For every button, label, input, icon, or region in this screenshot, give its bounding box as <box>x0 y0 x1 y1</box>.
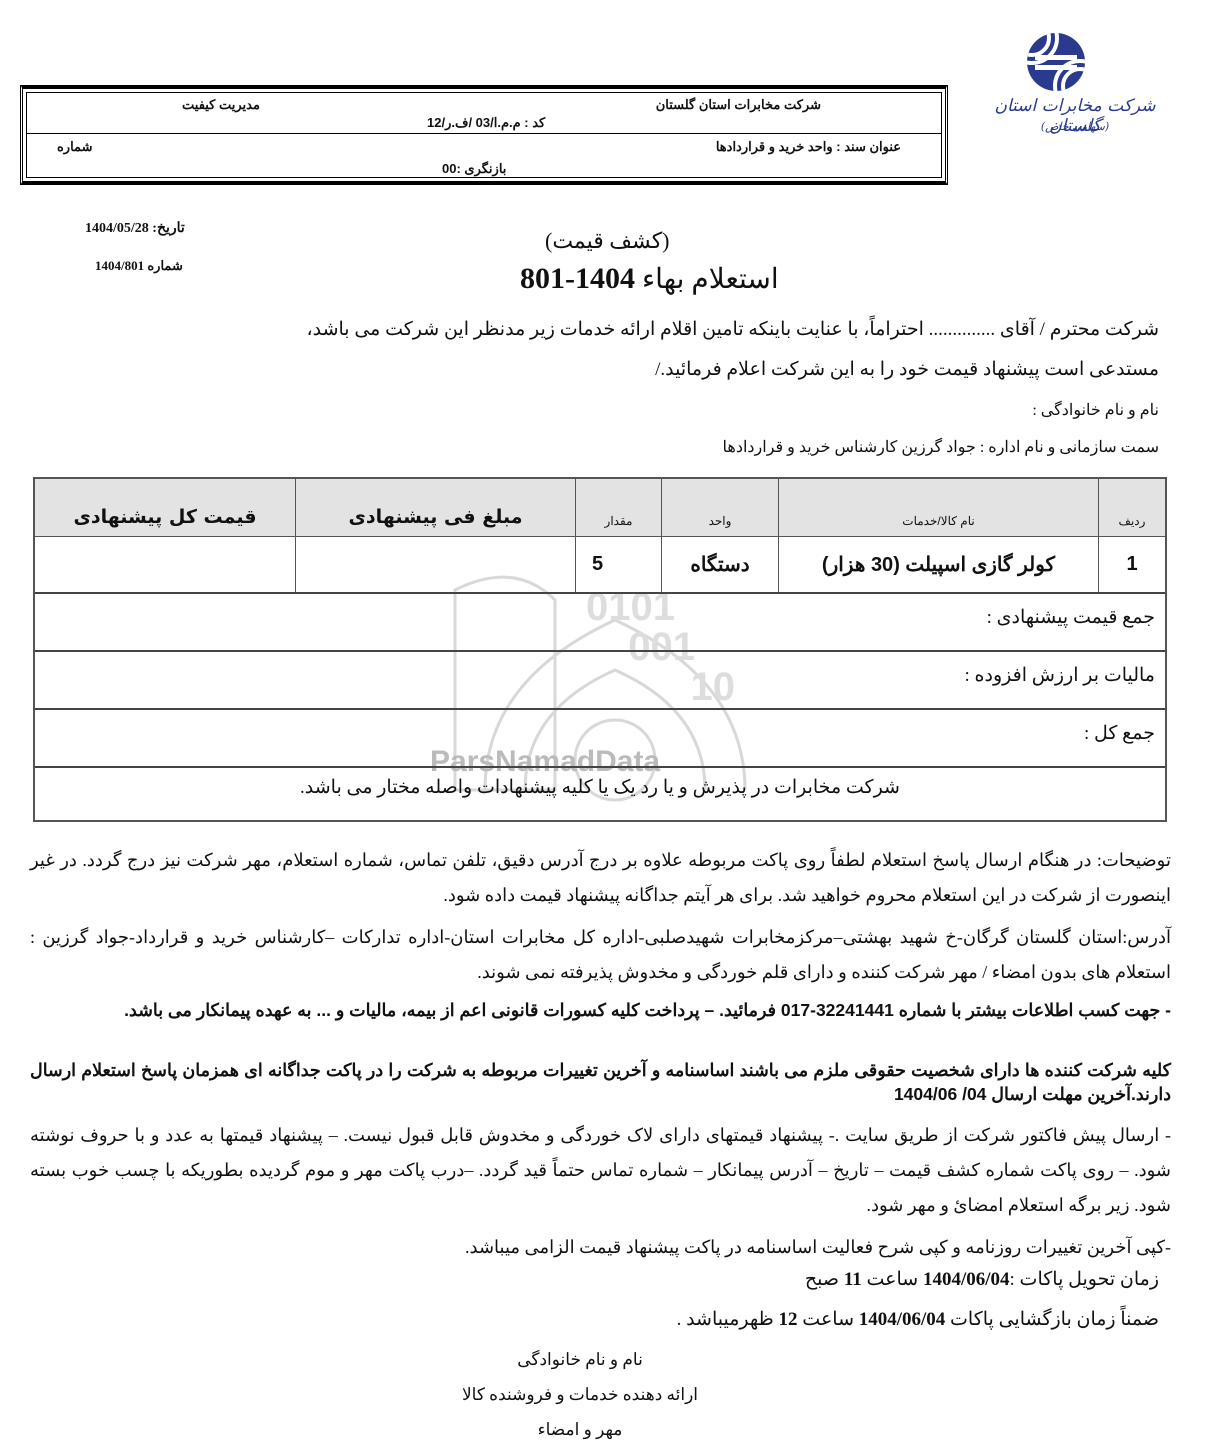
sum-row: جمع قیمت پیشنهادی : <box>35 592 1165 650</box>
opening-mid: ساعت <box>798 1309 859 1330</box>
opening-time: ضمناً زمان بازگشایی پاکات 1404/06/04 ساع… <box>677 1308 1159 1331</box>
opening-prefix: ضمناً زمان بازگشایی پاکات <box>945 1309 1159 1330</box>
header-total-price: قیمت کل پیشنهادی <box>35 479 295 536</box>
vat-row: مالیات بر ارزش افزوده : <box>35 650 1165 708</box>
page-subtitle: (کشف قیمت) <box>545 228 670 254</box>
logo-subtitle: (سهامی خاص) <box>985 120 1165 133</box>
delivery-date: 1404/06/04 <box>923 1269 1010 1290</box>
opening-hour: 12 <box>779 1309 798 1330</box>
logo-emblem-icon <box>1027 33 1085 91</box>
copy-requirement-text: -کپی آخرین تغییرات روزنامه و کپی شرح فعا… <box>30 1230 1171 1265</box>
document-number: شماره 1404/801 <box>95 258 183 274</box>
header-item: نام کالا/خدمات <box>778 479 1098 536</box>
header-unit: واحد <box>661 479 778 536</box>
delivery-hour: 11 <box>844 1269 862 1290</box>
header-company: شرکت مخابرات استان گلستان <box>656 97 821 113</box>
delivery-mid: ساعت <box>862 1269 923 1290</box>
document-header: شرکت مخابرات استان گلستان مدیریت کیفیت ک… <box>20 85 948 185</box>
cell-total-price[interactable] <box>35 536 295 592</box>
cell-row-number: 1 <box>1098 536 1165 592</box>
cell-unit: دستگاه <box>661 536 778 592</box>
title-prefix: استعلام بهاء <box>642 264 779 295</box>
delivery-suffix: صبح <box>805 1269 844 1290</box>
delivery-time: زمان تحویل پاکات :1404/06/04 ساعت 11 صبح <box>805 1268 1159 1291</box>
opening-suffix: ظهرمیباشد . <box>677 1309 779 1330</box>
table-header-row: ردیف نام کالا/خدمات واحد مقدار مبلغ فی پ… <box>35 479 1165 536</box>
header-divider <box>27 133 941 134</box>
sum-label: جمع قیمت پیشنهادی : <box>987 607 1155 628</box>
header-qty: مقدار <box>575 479 661 536</box>
header-revision: بازنگری :00 <box>442 161 506 177</box>
cell-item: کولر گازی اسپیلت (30 هزار) <box>778 536 1098 592</box>
header-row-number: ردیف <box>1098 479 1165 536</box>
intro-line-2: مستدعی است پیشنهاد قیمت خود را به این شر… <box>655 358 1159 381</box>
header-number-label: شماره <box>57 139 92 155</box>
delivery-prefix: زمان تحویل پاکات : <box>1010 1269 1159 1290</box>
grand-total-row: جمع کل : <box>35 708 1165 766</box>
table-row: 1 کولر گازی اسپیلت (30 هزار) دستگاه 5 <box>35 536 1165 592</box>
header-unit-price: مبلغ فی پیشنهادی <box>295 479 575 536</box>
page-title: استعلام بهاء 1404-801 <box>520 262 779 296</box>
legal-requirements-text: کلیه شرکت کننده ها دارای شخصیت حقوقی ملز… <box>30 1058 1171 1106</box>
name-label: نام و نام خانوادگی : <box>1032 400 1159 420</box>
position-label: سمت سازمانی و نام اداره : جواد گرزین کار… <box>723 437 1159 457</box>
price-inquiry-table: ردیف نام کالا/خدمات واحد مقدار مبلغ فی پ… <box>33 477 1167 822</box>
header-code: کد : م.م.ا/03 /ف.ر/12 <box>427 115 545 131</box>
opening-date: 1404/06/04 <box>859 1309 946 1330</box>
cell-unit-price[interactable] <box>295 536 575 592</box>
note-row: شرکت مخابرات در پذیرش و یا رد یک یا کلیه… <box>35 766 1165 820</box>
signature-role: ارائه دهنده خدمات و فروشنده کالا <box>420 1385 740 1405</box>
company-logo: شرکت مخابرات استان گلستان (سهامی خاص) <box>985 18 1165 138</box>
reservation-note: شرکت مخابرات در پذیرش و یا رد یک یا کلیه… <box>300 777 900 798</box>
title-code: 1404-801 <box>520 262 635 295</box>
grand-total-label: جمع کل : <box>1084 723 1155 744</box>
contact-info-text: - جهت کسب اطلاعات بیشتر با شماره 3224144… <box>30 998 1171 1022</box>
header-doc-title: عنوان سند : واحد خرید و قراردادها <box>716 139 901 155</box>
vat-label: مالیات بر ارزش افزوده : <box>965 665 1155 686</box>
signature-name: نام و نام خانوادگی <box>420 1350 740 1370</box>
instructions-text: - ارسال پیش فاکتور شرکت از طریق سایت .- … <box>30 1118 1171 1223</box>
description-text: توضیحات: در هنگام ارسال پاسخ استعلام لطف… <box>30 843 1171 913</box>
header-department: مدیریت کیفیت <box>182 97 260 113</box>
document-date: تاریخ: 1404/05/28 <box>85 220 185 237</box>
signature-stamp: مهر و امضاء <box>420 1420 740 1440</box>
address-text: آدرس:استان گلستان گرگان-خ شهید بهشتی–مرک… <box>30 920 1171 990</box>
cell-qty: 5 <box>575 536 661 592</box>
intro-line-1: شرکت محترم / آقای .............. احتراما… <box>306 318 1159 341</box>
